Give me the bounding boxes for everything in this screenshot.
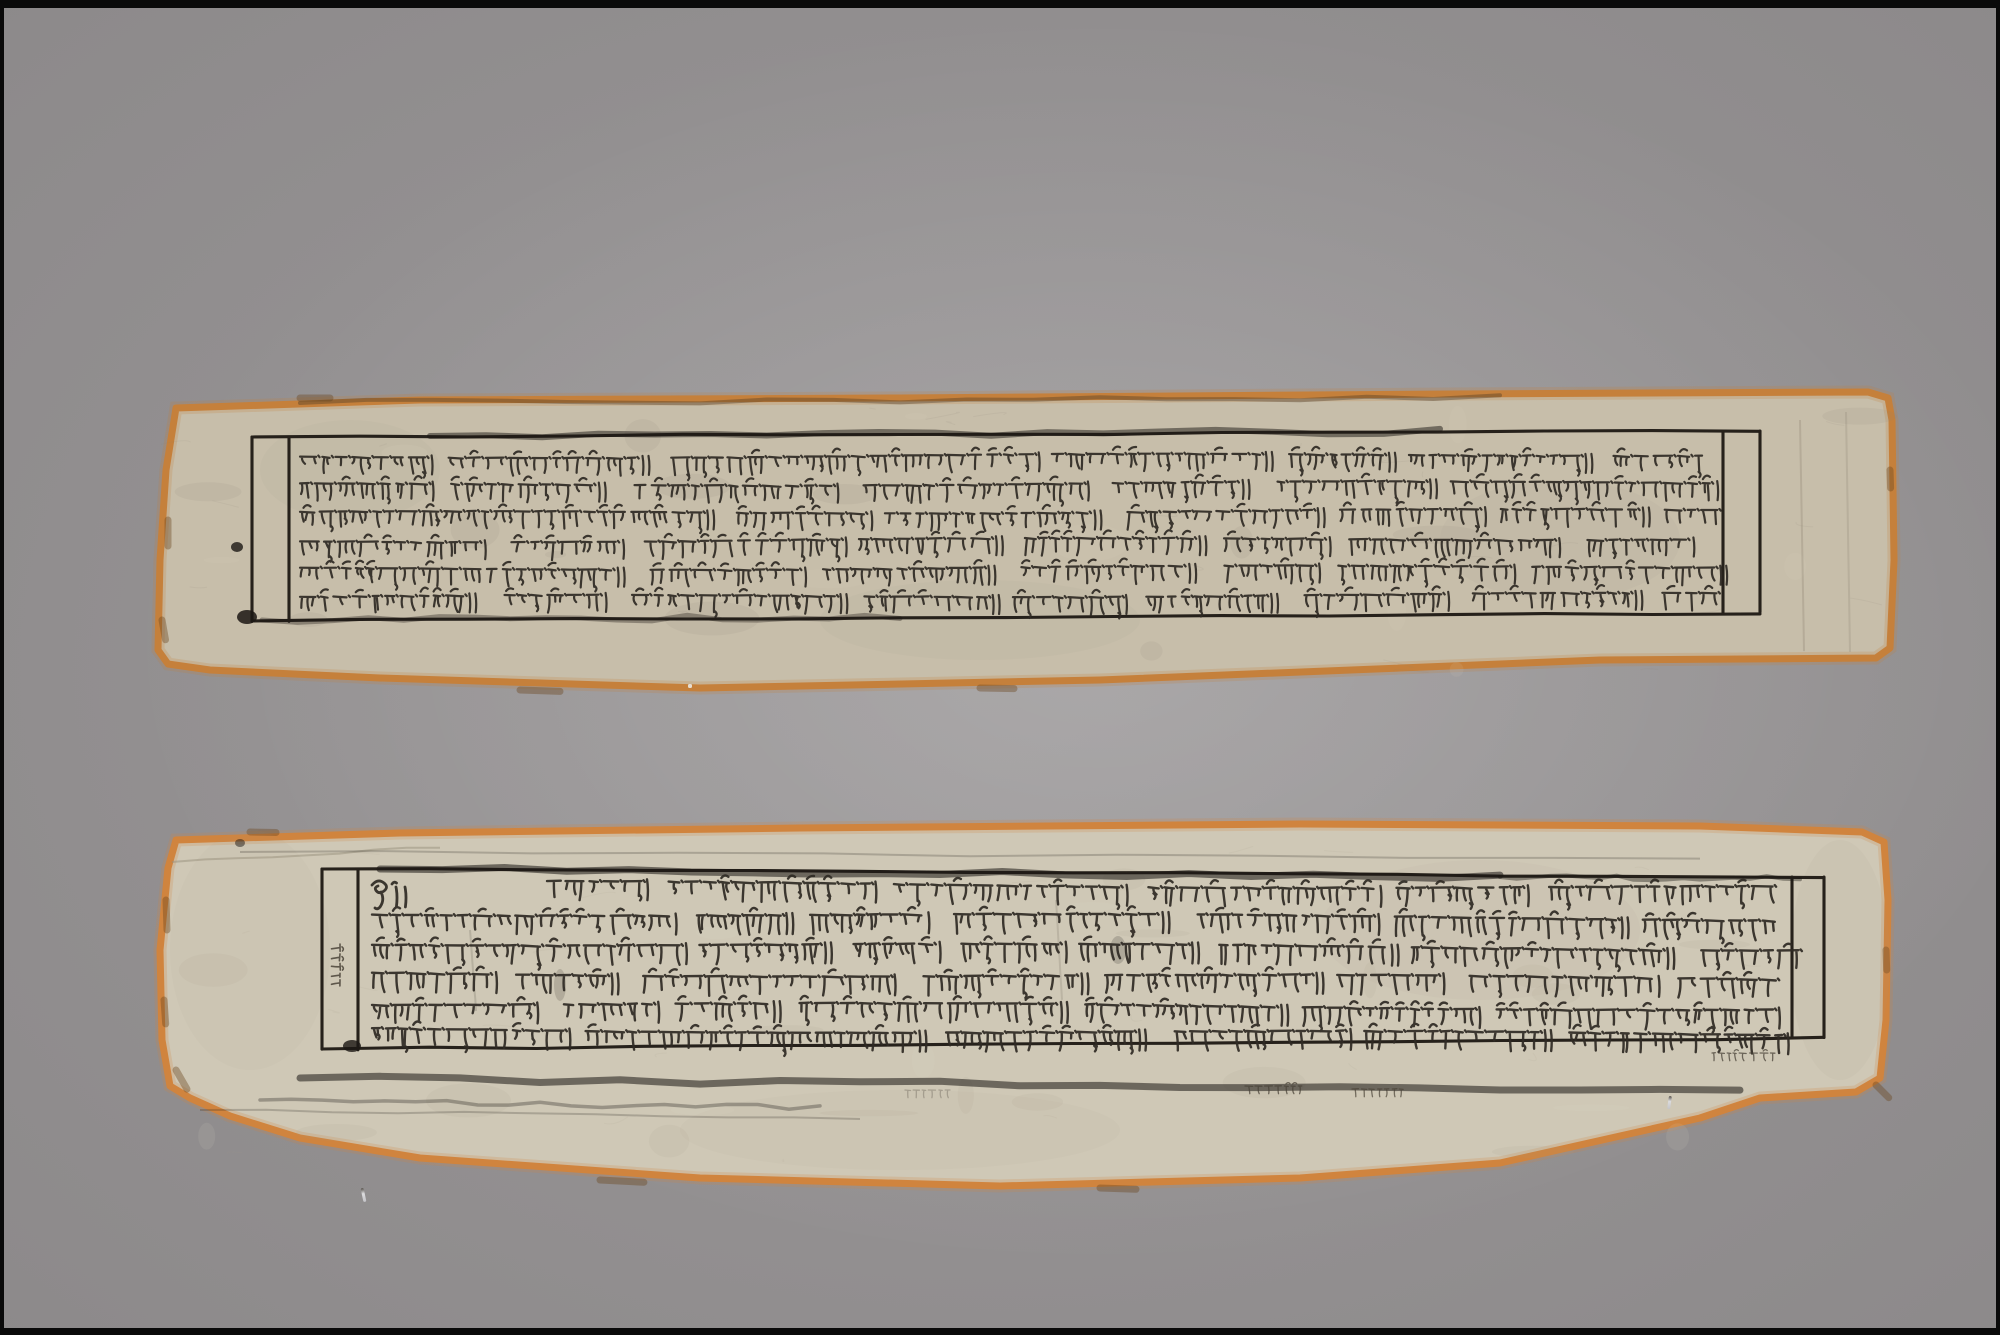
paper-stain xyxy=(170,830,330,1070)
edge-grime xyxy=(1876,1085,1889,1098)
ink-blob xyxy=(235,839,245,847)
edge-grime xyxy=(600,1180,644,1182)
edge-grime xyxy=(1100,1188,1136,1189)
manuscript-leaf-lower xyxy=(0,0,2000,1335)
edge-grime xyxy=(166,900,167,930)
photograph-frame xyxy=(0,0,2000,1335)
ink-blob xyxy=(343,1040,361,1052)
edge-grime xyxy=(164,1000,166,1024)
